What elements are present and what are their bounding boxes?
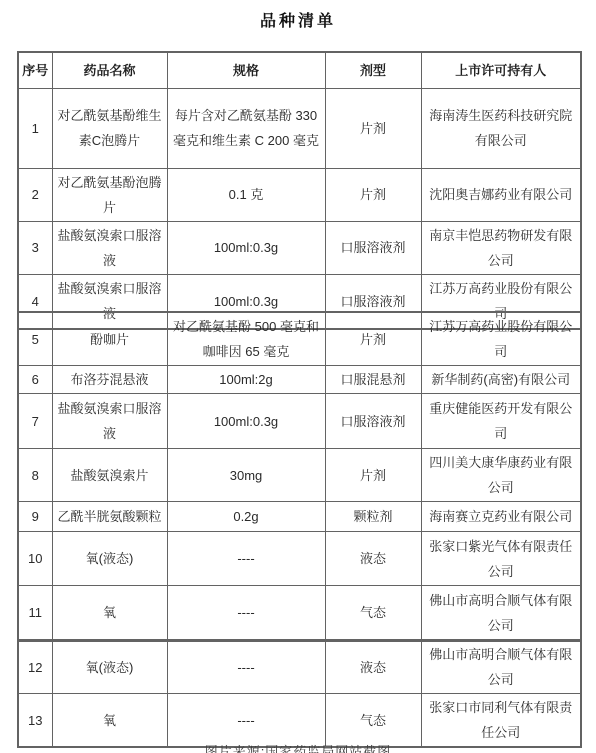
cell-serial: 1 [18,88,52,168]
cell-form: 片剂 [325,88,421,168]
cell-holder: 新华制药(高密)有限公司 [421,366,581,394]
cell-spec: 100ml:0.3g [167,394,325,449]
cell-serial: 8 [18,449,52,502]
cell-form: 液态 [325,640,421,694]
col-header-spec: 规格 [167,52,325,88]
col-header-serial: 序号 [18,52,52,88]
col-header-form: 剂型 [325,52,421,88]
cell-serial: 12 [18,640,52,694]
cell-form: 液态 [325,532,421,586]
cell-serial: 6 [18,366,52,394]
cell-serial: 11 [18,586,52,641]
cell-holder: 南京丰恺思药物研发有限公司 [421,221,581,274]
cell-holder: 海南涛生医药科技研究院有限公司 [421,88,581,168]
cell-spec: 0.2g [167,502,325,532]
cell-spec: 100ml:0.3g [167,221,325,274]
cell-holder: 佛山市高明合顺气体有限公司 [421,640,581,694]
cell-form: 片剂 [325,312,421,366]
table-row: 1 对乙酰氨基酚维生素C泡腾片 每片含对乙酰氨基酚 330 毫克和维生素 C 2… [18,88,581,168]
cell-form: 气态 [325,694,421,748]
cell-drug-name: 氧(液态) [52,640,167,694]
cell-drug-name: 盐酸氨溴索口服溶液 [52,394,167,449]
cell-spec: 30mg [167,449,325,502]
cell-spec: 100ml:2g [167,366,325,394]
cell-form: 气态 [325,586,421,641]
page-title: 品种清单 [0,8,596,31]
drug-list-table-segment-2: 5 酚咖片 对乙酰氨基酚 500 毫克和咖啡因 65 毫克 片剂 江苏万高药业股… [17,311,582,642]
cell-drug-name: 酚咖片 [52,312,167,366]
drug-list-table-segment-1: 序号 药品名称 规格 剂型 上市许可持有人 1 对乙酰氨基酚维生素C泡腾片 每片… [17,51,582,330]
col-header-holder: 上市许可持有人 [421,52,581,88]
cell-spec: ---- [167,586,325,641]
cell-form: 口服溶液剂 [325,394,421,449]
drug-list-table-segment-3: 12 氧(液态) ---- 液态 佛山市高明合顺气体有限公司 13 氧 ----… [17,639,582,748]
table-row: 3 盐酸氨溴索口服溶液 100ml:0.3g 口服溶液剂 南京丰恺思药物研发有限… [18,221,581,274]
cell-form: 片剂 [325,168,421,221]
cell-serial: 7 [18,394,52,449]
cell-holder: 张家口市同利气体有限责任公司 [421,694,581,748]
cell-spec: ---- [167,694,325,748]
cell-drug-name: 对乙酰氨基酚泡腾片 [52,168,167,221]
cell-drug-name: 氧 [52,694,167,748]
cell-spec: 每片含对乙酰氨基酚 330 毫克和维生素 C 200 毫克 [167,88,325,168]
cell-drug-name: 盐酸氨溴索片 [52,449,167,502]
cell-spec: ---- [167,640,325,694]
cell-spec: 对乙酰氨基酚 500 毫克和咖啡因 65 毫克 [167,312,325,366]
cell-drug-name: 盐酸氨溴索口服溶液 [52,221,167,274]
table-row: 9 乙酰半胱氨酸颗粒 0.2g 颗粒剂 海南赛立克药业有限公司 [18,502,581,532]
cell-holder: 张家口紫光气体有限责任公司 [421,532,581,586]
table-row: 11 氧 ---- 气态 佛山市高明合顺气体有限公司 [18,586,581,641]
cell-drug-name: 布洛芬混悬液 [52,366,167,394]
cell-serial: 2 [18,168,52,221]
cell-holder: 四川美大康华康药业有限公司 [421,449,581,502]
cell-form: 口服混悬剂 [325,366,421,394]
table-row: 12 氧(液态) ---- 液态 佛山市高明合顺气体有限公司 [18,640,581,694]
cell-serial: 3 [18,221,52,274]
cell-serial: 9 [18,502,52,532]
cell-drug-name: 氧(液态) [52,532,167,586]
cell-holder: 沈阳奥吉娜药业有限公司 [421,168,581,221]
cell-form: 颗粒剂 [325,502,421,532]
cell-holder: 海南赛立克药业有限公司 [421,502,581,532]
col-header-drug-name: 药品名称 [52,52,167,88]
cell-serial: 13 [18,694,52,748]
table-row: 13 氧 ---- 气态 张家口市同利气体有限责任公司 [18,694,581,748]
cell-drug-name: 乙酰半胱氨酸颗粒 [52,502,167,532]
cell-form: 口服溶液剂 [325,221,421,274]
table-row: 10 氧(液态) ---- 液态 张家口紫光气体有限责任公司 [18,532,581,586]
table-header-row: 序号 药品名称 规格 剂型 上市许可持有人 [18,52,581,88]
cell-serial: 5 [18,312,52,366]
cell-holder: 佛山市高明合顺气体有限公司 [421,586,581,641]
table-row: 8 盐酸氨溴索片 30mg 片剂 四川美大康华康药业有限公司 [18,449,581,502]
cell-spec: 0.1 克 [167,168,325,221]
cell-drug-name: 氧 [52,586,167,641]
cell-drug-name: 对乙酰氨基酚维生素C泡腾片 [52,88,167,168]
cell-serial: 10 [18,532,52,586]
table-row: 7 盐酸氨溴索口服溶液 100ml:0.3g 口服溶液剂 重庆健能医药开发有限公… [18,394,581,449]
table-row: 2 对乙酰氨基酚泡腾片 0.1 克 片剂 沈阳奥吉娜药业有限公司 [18,168,581,221]
cell-holder: 重庆健能医药开发有限公司 [421,394,581,449]
cell-holder: 江苏万高药业股份有限公司 [421,312,581,366]
table-row: 5 酚咖片 对乙酰氨基酚 500 毫克和咖啡因 65 毫克 片剂 江苏万高药业股… [18,312,581,366]
document-page: 品种清单 序号 药品名称 规格 剂型 上市许可持有人 1 对乙酰氨基酚维生素C泡… [0,0,596,753]
cell-spec: ---- [167,532,325,586]
cell-form: 片剂 [325,449,421,502]
image-source-caption: 图片来源:国家药监局网站截图 [0,741,596,753]
table-row: 6 布洛芬混悬液 100ml:2g 口服混悬剂 新华制药(高密)有限公司 [18,366,581,394]
